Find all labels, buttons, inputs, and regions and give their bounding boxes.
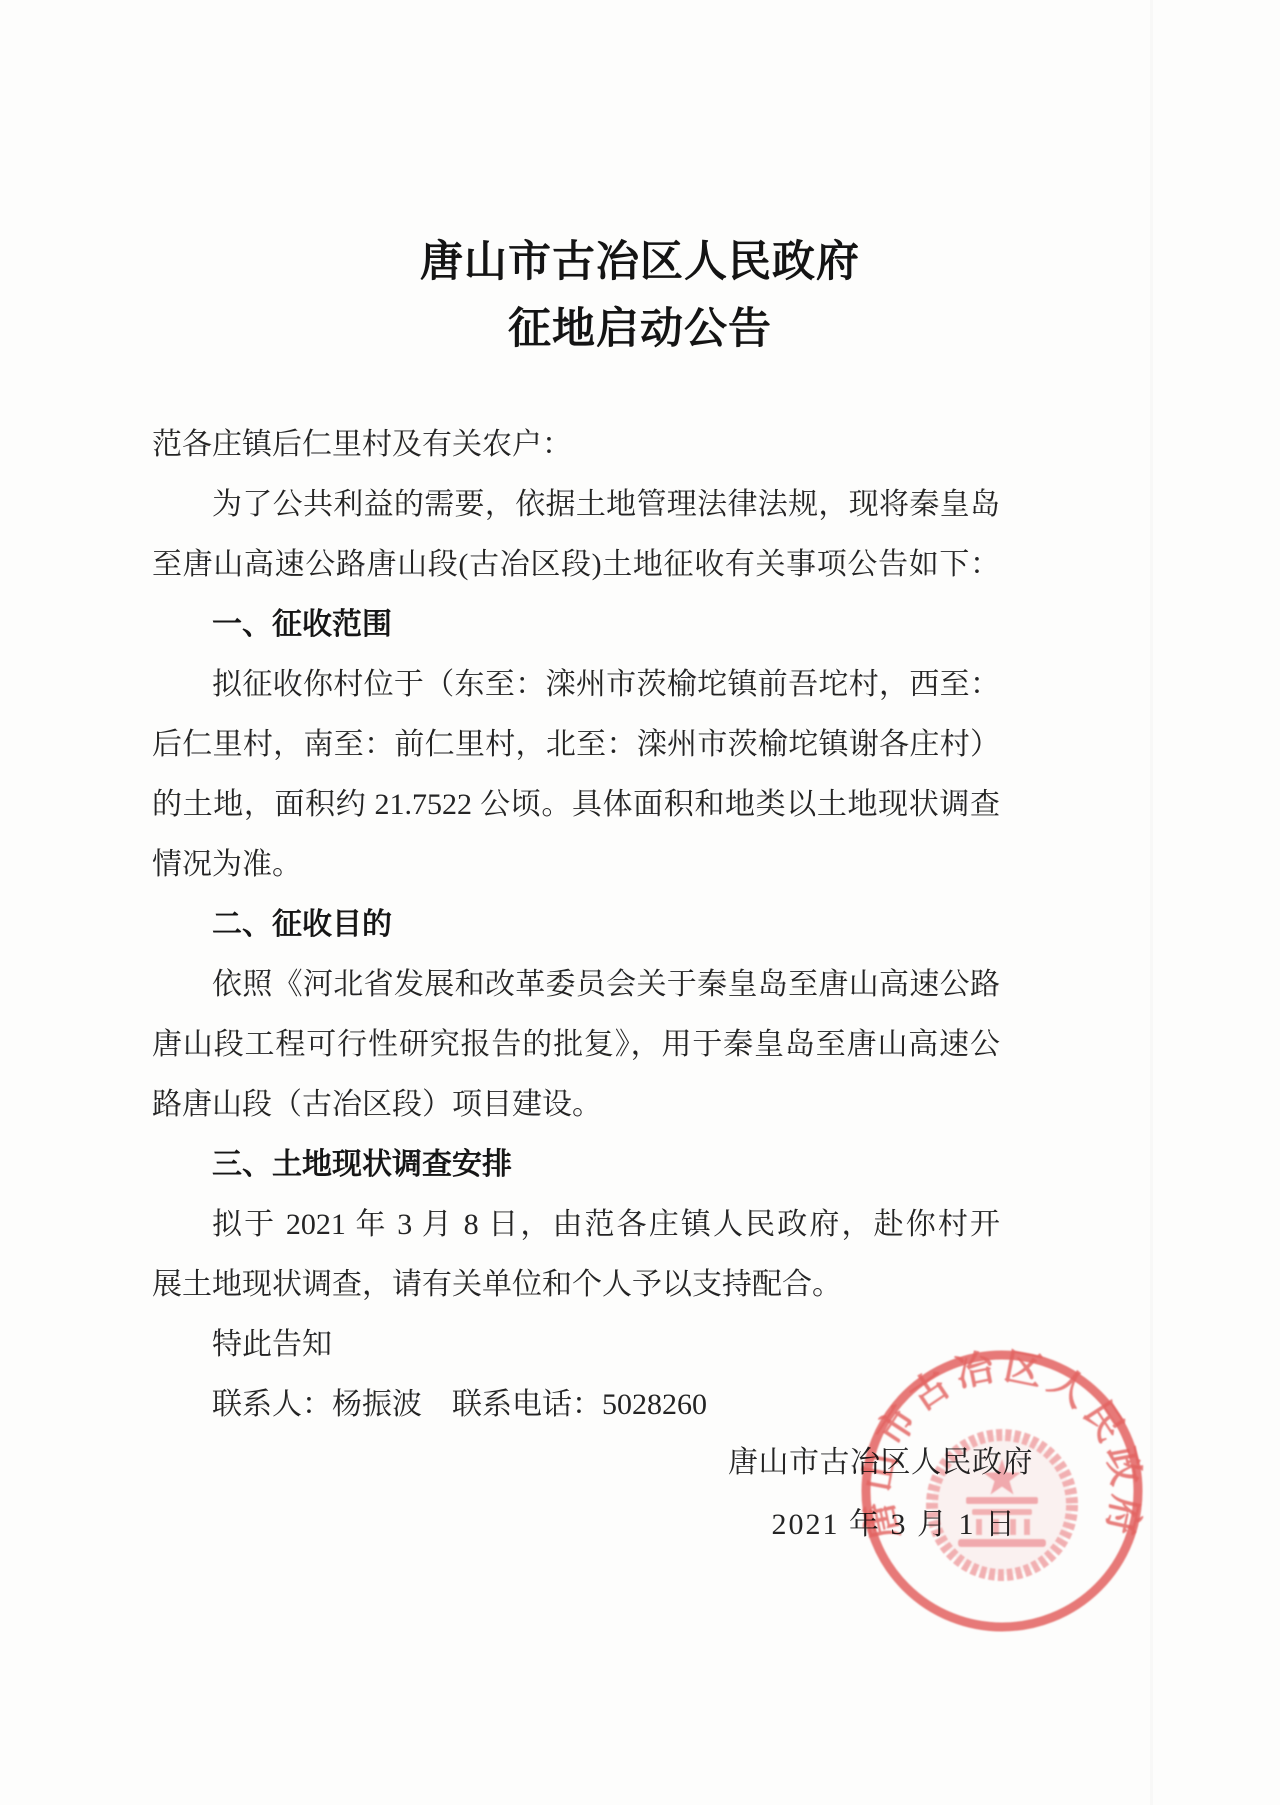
section-heading-2: 二、征收目的 bbox=[152, 895, 1000, 955]
body-line: 展土地现状调查，请有关单位和个人予以支持配合。 bbox=[152, 1255, 1000, 1315]
document-page: 唐山市古冶区人民政府 征地启动公告 范各庄镇后仁里村及有关农户： 为了公共利益的… bbox=[0, 0, 1280, 1805]
body-line: 路唐山段（古冶区段）项目建设。 bbox=[152, 1075, 1000, 1135]
notice-line: 特此告知 bbox=[152, 1315, 1000, 1375]
body-line: 的土地，面积约 21.7522 公顷。具体面积和地类以土地现状调查 bbox=[152, 775, 1000, 835]
body-line: 后仁里村，南至：前仁里村，北至：滦州市茨榆坨镇谢各庄村） bbox=[152, 715, 1000, 775]
signature-issuer: 唐山市古冶区人民政府 bbox=[728, 1446, 1033, 1480]
contact-line: 联系人：杨振波 联系电话：5028260 bbox=[152, 1375, 1000, 1435]
signature-date: 2021 年 3 月 1 日 bbox=[772, 1508, 1018, 1542]
document-body: 范各庄镇后仁里村及有关农户： 为了公共利益的需要，依据土地管理法律法规，现将秦皇… bbox=[152, 415, 1000, 1435]
document-title-line2: 征地启动公告 bbox=[0, 295, 1280, 356]
body-line: 唐山段工程可行性研究报告的批复》，用于秦皇岛至唐山高速公 bbox=[152, 1015, 1000, 1075]
body-line: 情况为准。 bbox=[152, 835, 1000, 895]
body-line: 拟于 2021 年 3 月 8 日，由范各庄镇人民政府，赴你村开 bbox=[152, 1195, 1000, 1255]
body-line: 拟征收你村位于（东至：滦州市茨榆坨镇前吾坨村，西至： bbox=[152, 655, 1000, 715]
section-heading-3: 三、土地现状调查安排 bbox=[152, 1135, 1000, 1195]
body-line: 为了公共利益的需要，依据土地管理法律法规，现将秦皇岛 bbox=[152, 475, 1000, 535]
body-line: 至唐山高速公路唐山段(古冶区段)土地征收有关事项公告如下： bbox=[152, 535, 1000, 595]
document-title-line1: 唐山市古冶区人民政府 bbox=[0, 228, 1280, 289]
body-line: 依照《河北省发展和改革委员会关于秦皇岛至唐山高速公路 bbox=[152, 955, 1000, 1015]
section-heading-1: 一、征收范围 bbox=[152, 595, 1000, 655]
salutation-line: 范各庄镇后仁里村及有关农户： bbox=[152, 415, 1000, 475]
